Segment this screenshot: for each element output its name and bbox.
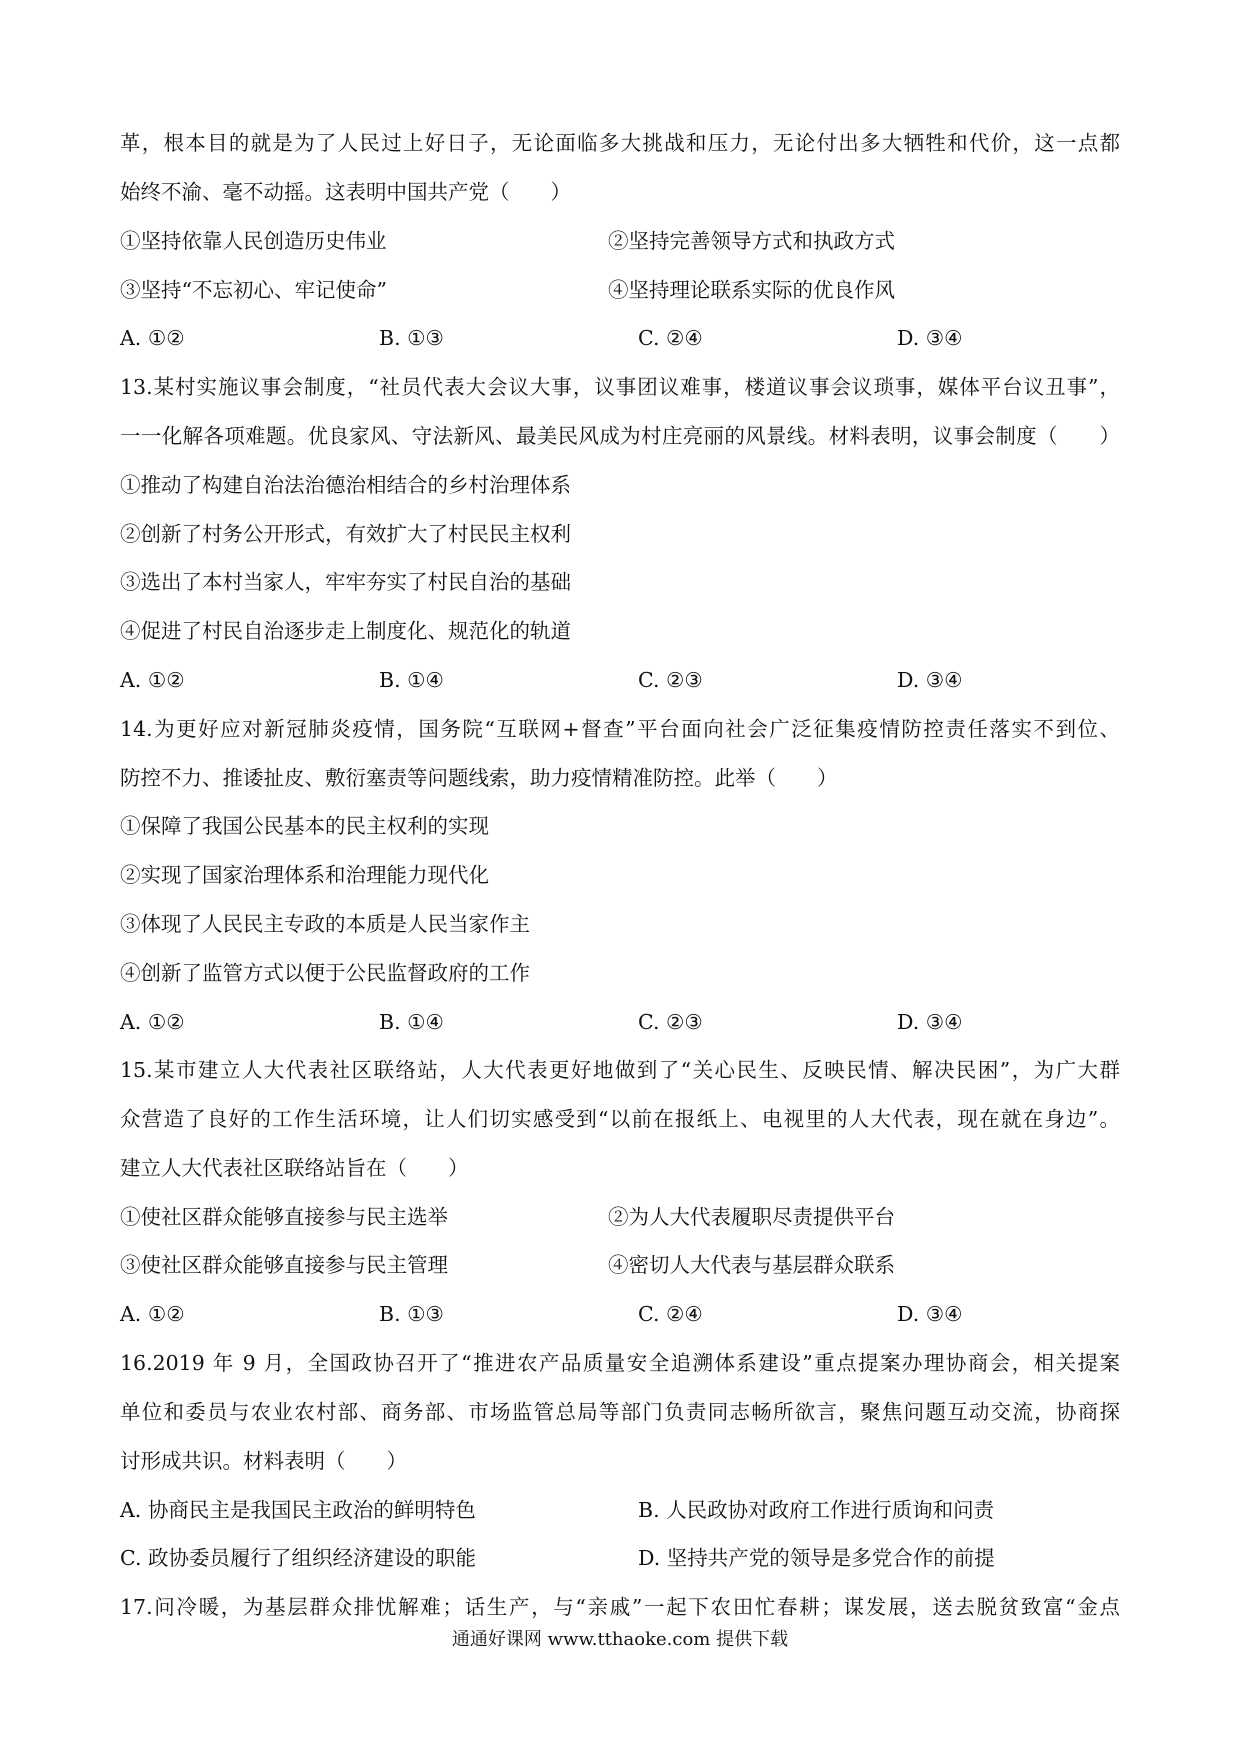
q16-choice-d: D. 坚持共产党的领导是多党合作的前提: [638, 1543, 995, 1573]
q14-stem-line-1: 14.为更好应对新冠肺炎疫情，国务院“互联网+督查”平台面向社会广泛征集疫情防控…: [120, 714, 1120, 744]
q15-stem-line-2: 众营造了良好的工作生活环境，让人们切实感受到“以前在报纸上、电视里的人大代表，现…: [120, 1104, 1120, 1134]
q14-choice-c: C. ②③: [638, 1007, 703, 1037]
q12-item-4: ④坚持理论联系实际的优良作风: [608, 275, 895, 305]
q12-choice-c: C. ②④: [638, 323, 703, 353]
q12-item-3: ③坚持“不忘初心、牢记使命”: [120, 275, 387, 305]
q12-choices: A. ①② B. ①③ C. ②④ D. ③④: [120, 323, 1120, 353]
q13-choice-c: C. ②③: [638, 665, 703, 695]
q14-item-4: ④创新了监管方式以便于公民监督政府的工作: [120, 958, 1120, 988]
q14-item-1: ①保障了我国公民基本的民主权利的实现: [120, 811, 1120, 841]
q15-choice-a: A. ①②: [120, 1299, 185, 1329]
q16-stem-line-3: 讨形成共识。材料表明（ ）: [120, 1446, 1120, 1476]
q13-item-2: ②创新了村务公开形式，有效扩大了村民民主权利: [120, 519, 1120, 549]
q12-choice-b: B. ①③: [379, 323, 444, 353]
q16-choice-b: B. 人民政协对政府工作进行质询和问责: [638, 1495, 994, 1525]
q15-items-row-1: ①使社区群众能够直接参与民主选举 ②为人大代表履职尽责提供平台: [120, 1202, 1120, 1232]
q13-choice-b: B. ①④: [379, 665, 444, 695]
q12-stem-line-1: 革，根本目的就是为了人民过上好日子，无论面临多大挑战和压力，无论付出多大牺牲和代…: [120, 128, 1120, 158]
q15-item-4: ④密切人大代表与基层群众联系: [608, 1250, 895, 1280]
q15-item-2: ②为人大代表履职尽责提供平台: [608, 1202, 895, 1232]
q13-choice-a: A. ①②: [120, 665, 185, 695]
q16-stem-line-2: 单位和委员与农业农村部、商务部、市场监管总局等部门负责同志畅所欲言，聚焦问题互动…: [120, 1397, 1120, 1427]
q16-choices-row-2: C. 政协委员履行了组织经济建设的职能 D. 坚持共产党的领导是多党合作的前提: [120, 1543, 1120, 1573]
q14-choice-b: B. ①④: [379, 1007, 444, 1037]
q15-choices: A. ①② B. ①③ C. ②④ D. ③④: [120, 1299, 1120, 1329]
exam-page: 革，根本目的就是为了人民过上好日子，无论面临多大挑战和压力，无论付出多大牺牲和代…: [0, 0, 1240, 1754]
q14-item-2: ②实现了国家治理体系和治理能力现代化: [120, 860, 1120, 890]
q15-items-row-2: ③使社区群众能够直接参与民主管理 ④密切人大代表与基层群众联系: [120, 1250, 1120, 1280]
q15-item-3: ③使社区群众能够直接参与民主管理: [120, 1250, 448, 1280]
q14-stem-line-2: 防控不力、推诿扯皮、敷衍塞责等问题线索，助力疫情精准防控。此举（ ）: [120, 763, 1120, 793]
q15-choice-b: B. ①③: [379, 1299, 444, 1329]
q16-choices-row-1: A. 协商民主是我国民主政治的鲜明特色 B. 人民政协对政府工作进行质询和问责: [120, 1495, 1120, 1525]
q14-choice-d: D. ③④: [897, 1007, 963, 1037]
q13-choice-d: D. ③④: [897, 665, 963, 695]
q15-choice-c: C. ②④: [638, 1299, 703, 1329]
q12-item-2: ②坚持完善领导方式和执政方式: [608, 226, 895, 256]
q13-stem-line-1: 13.某村实施议事会制度，“社员代表大会议大事，议事团议难事，楼道议事会议琐事，…: [120, 372, 1120, 402]
q12-stem-line-2: 始终不渝、毫不动摇。这表明中国共产党（ ）: [120, 177, 1120, 207]
q14-choices: A. ①② B. ①④ C. ②③ D. ③④: [120, 1007, 1120, 1037]
q15-item-1: ①使社区群众能够直接参与民主选举: [120, 1202, 448, 1232]
q17-stem-line-1: 17.问冷暖，为基层群众排忧解难；话生产，与“亲戚”一起下农田忙春耕；谋发展，送…: [120, 1592, 1120, 1622]
q14-choice-a: A. ①②: [120, 1007, 185, 1037]
q13-stem-line-2: 一一化解各项难题。优良家风、守法新风、最美民风成为村庄亮丽的风景线。材料表明，议…: [120, 421, 1120, 451]
q13-item-4: ④促进了村民自治逐步走上制度化、规范化的轨道: [120, 616, 1120, 646]
q16-stem-line-1: 16.2019 年 9 月，全国政协召开了“推进农产品质量安全追溯体系建设”重点…: [120, 1348, 1120, 1378]
q13-item-1: ①推动了构建自治法治德治相结合的乡村治理体系: [120, 470, 1120, 500]
q12-choice-d: D. ③④: [897, 323, 963, 353]
q14-item-3: ③体现了人民民主专政的本质是人民当家作主: [120, 909, 1120, 939]
q13-choices: A. ①② B. ①④ C. ②③ D. ③④: [120, 665, 1120, 695]
q15-stem-line-3: 建立人大代表社区联络站旨在（ ）: [120, 1153, 1120, 1183]
q12-items-row-1: ①坚持依靠人民创造历史伟业 ②坚持完善领导方式和执政方式: [120, 226, 1120, 256]
q15-stem-line-1: 15.某市建立人大代表社区联络站，人大代表更好地做到了“关心民生、反映民情、解决…: [120, 1055, 1120, 1085]
q16-choice-a: A. 协商民主是我国民主政治的鲜明特色: [120, 1495, 476, 1525]
q13-item-3: ③选出了本村当家人，牢牢夯实了村民自治的基础: [120, 567, 1120, 597]
q12-items-row-2: ③坚持“不忘初心、牢记使命” ④坚持理论联系实际的优良作风: [120, 275, 1120, 305]
q16-choice-c: C. 政协委员履行了组织经济建设的职能: [120, 1543, 476, 1573]
q15-choice-d: D. ③④: [897, 1299, 963, 1329]
q12-item-1: ①坚持依靠人民创造历史伟业: [120, 226, 387, 256]
page-footer: 通通好课网 www.tthaoke.com 提供下载: [0, 1627, 1240, 1653]
q12-choice-a: A. ①②: [120, 323, 185, 353]
